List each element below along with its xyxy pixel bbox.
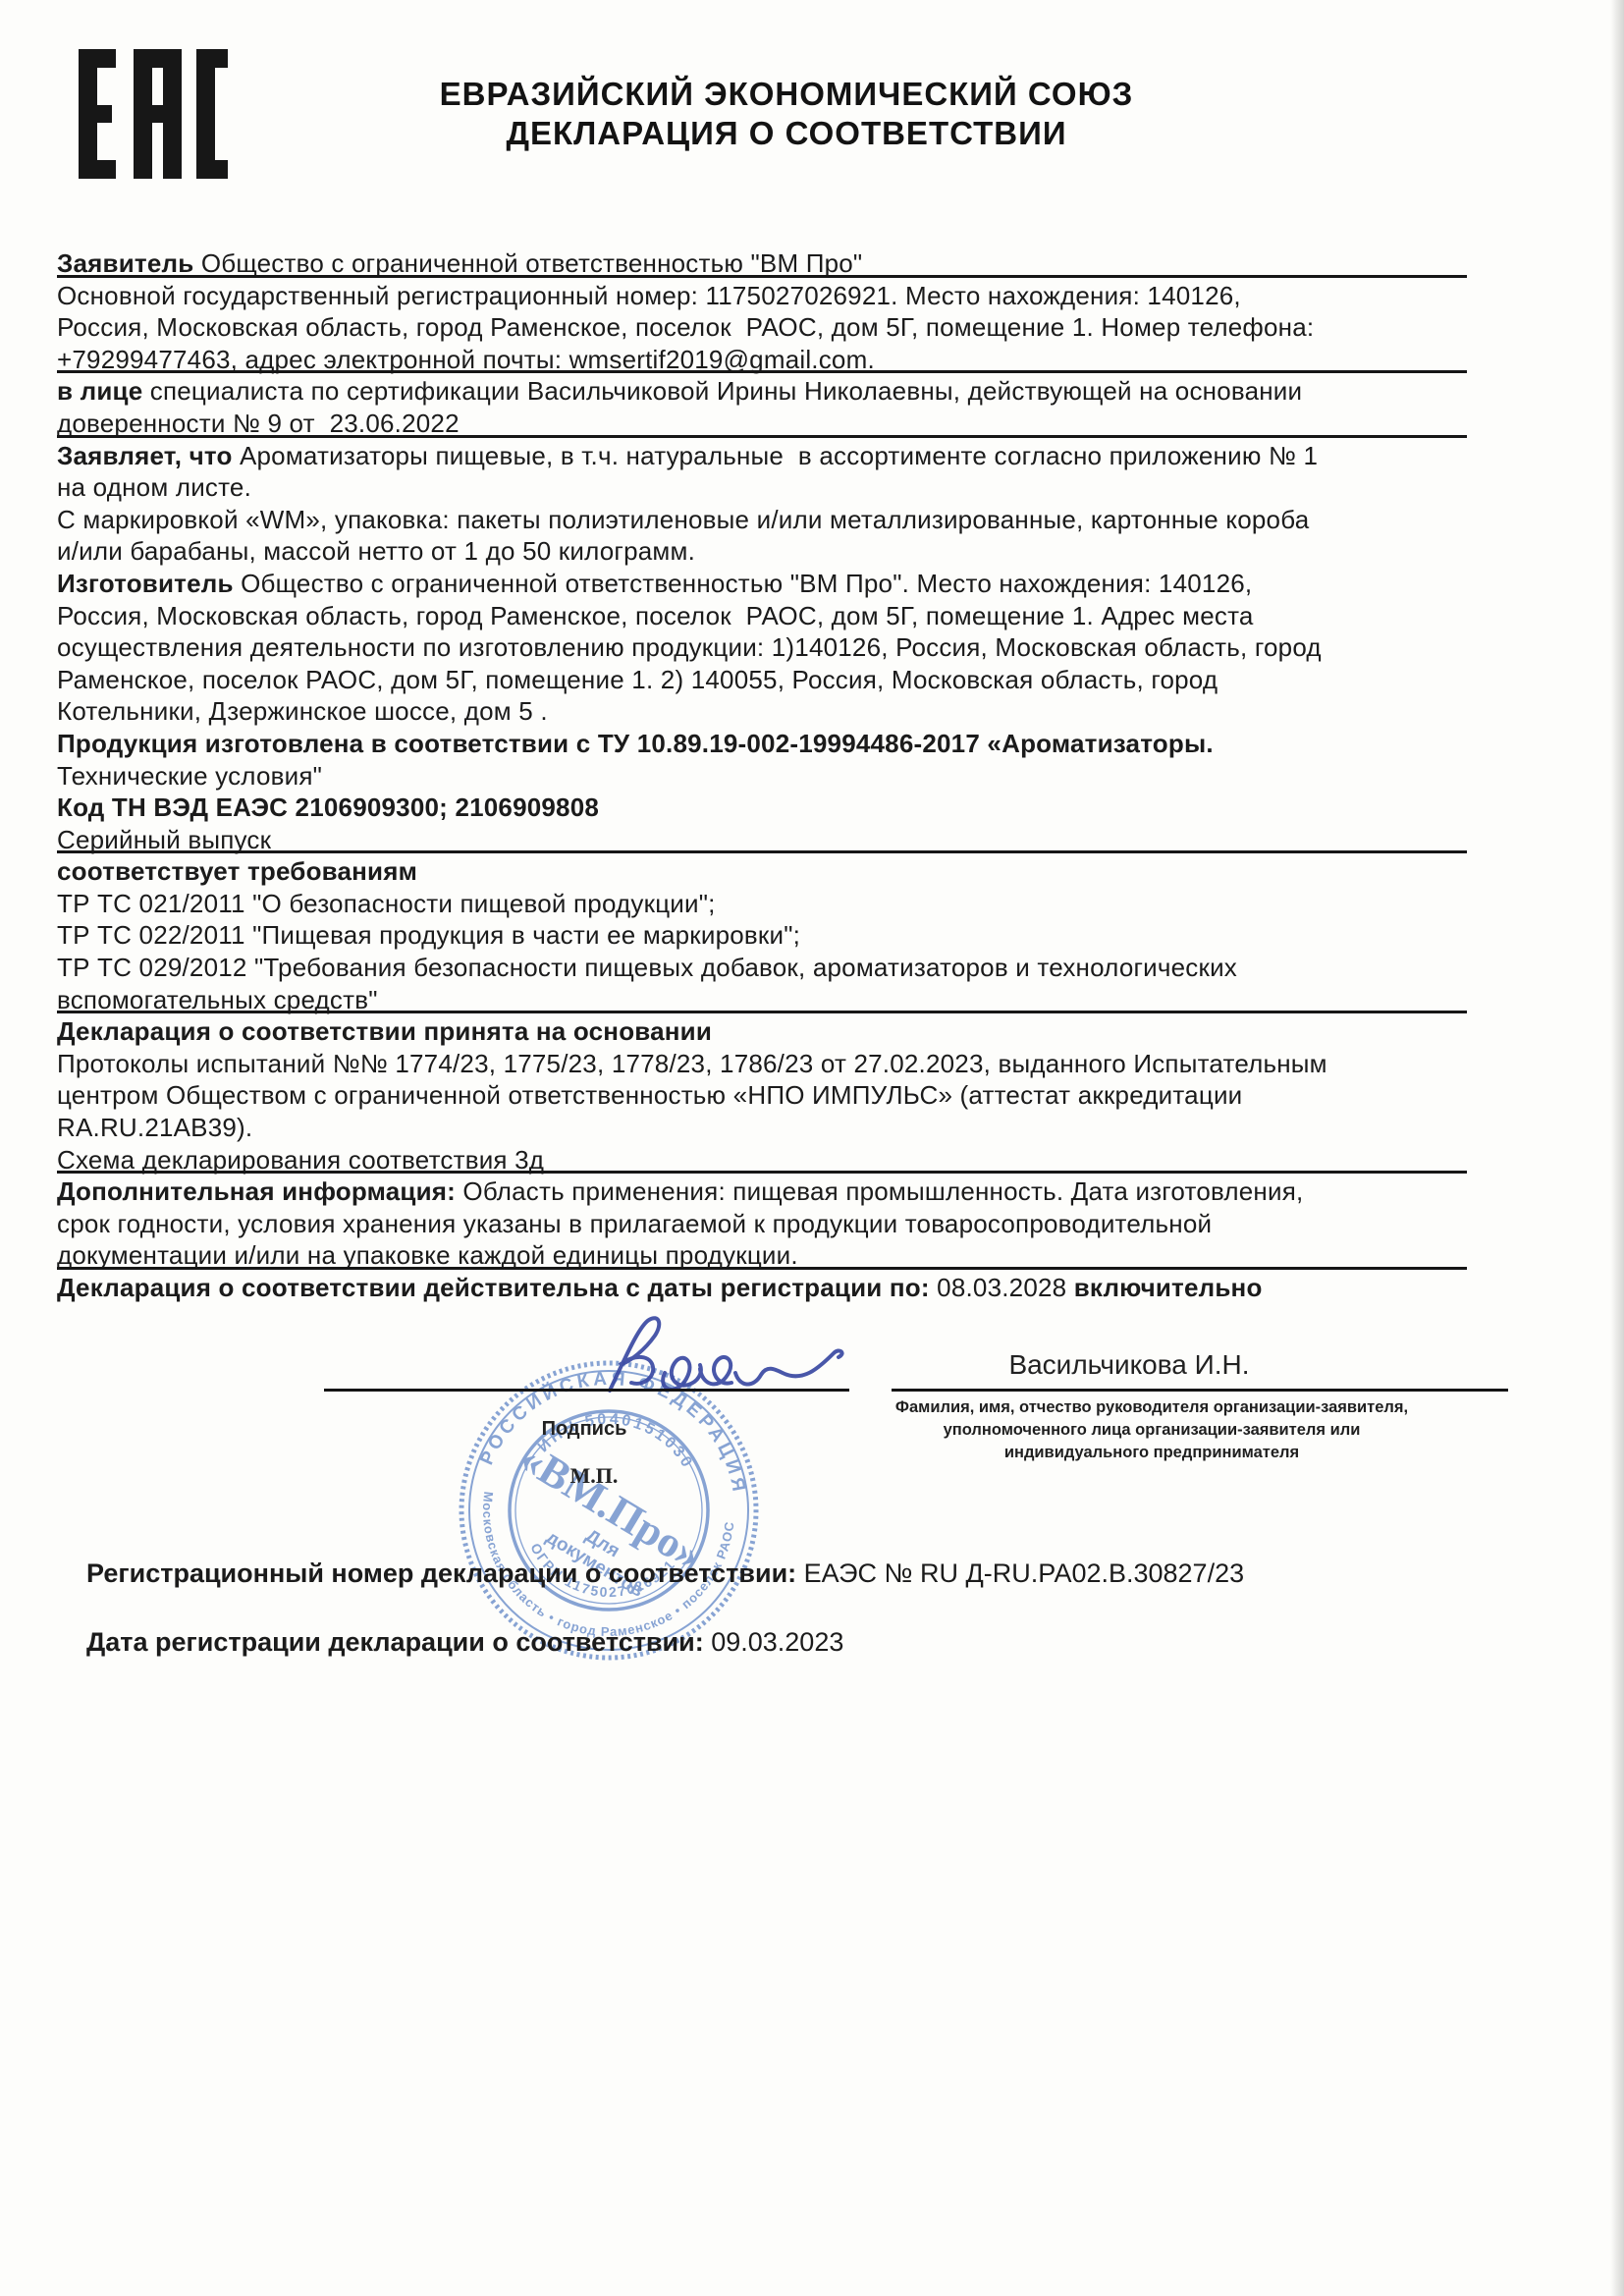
- document-line: Дополнительная информация: Область приме…: [57, 1175, 1467, 1208]
- document-line-label: Заявитель: [57, 248, 201, 278]
- document-line-text: ТР ТС 022/2011 "Пищевая продукция в част…: [57, 920, 800, 950]
- document-line-text: RA.RU.21АВ39).: [57, 1113, 252, 1142]
- document-line-text: вспомогательных средств": [57, 985, 378, 1014]
- document-line: документации и/или на упаковке каждой ед…: [57, 1239, 1467, 1272]
- signature-rule-right: [892, 1389, 1508, 1392]
- document-line-label: Заявляет, что: [57, 441, 240, 470]
- document-line-text: Общество с ограниченной ответственностью…: [201, 248, 863, 278]
- registration-date-line: Дата регистрации декларации о соответств…: [57, 1597, 843, 1688]
- document-line: Заявляет, что Ароматизаторы пищевые, в т…: [57, 440, 1467, 472]
- document-line-text: специалиста по сертификации Васильчиково…: [150, 376, 1302, 406]
- document-line-text: Котельники, Дзержинское шоссе, дом 5 .: [57, 696, 548, 726]
- document-line: Россия, Московская область, город Раменс…: [57, 600, 1467, 632]
- document-line: доверенности № 9 от 23.06.2022: [57, 408, 1467, 440]
- document-line-text: Область применения: пищевая промышленнос…: [462, 1176, 1303, 1206]
- handwritten-signature: [574, 1312, 859, 1396]
- registration-number-label: Регистрационный номер декларации о соотв…: [86, 1558, 804, 1588]
- document-line-text: на одном листе.: [57, 472, 251, 502]
- document-line-label: Продукция изготовлена в соответствии с: [57, 729, 598, 758]
- document-body: Заявитель Общество с ограниченной ответс…: [57, 247, 1467, 1304]
- document-page: ЕВРАЗИЙСКИЙ ЭКОНОМИЧЕСКИЙ СОЮЗ ДЕКЛАРАЦИ…: [0, 0, 1624, 2296]
- document-line: осуществления деятельности по изготовлен…: [57, 631, 1467, 664]
- document-title: ЕВРАЗИЙСКИЙ ЭКОНОМИЧЕСКИЙ СОЮЗ ДЕКЛАРАЦИ…: [145, 75, 1428, 153]
- document-line-text: центром Обществом с ограниченной ответст…: [57, 1080, 1242, 1110]
- document-line: Серийный выпуск: [57, 824, 1467, 856]
- document-line: вспомогательных средств": [57, 984, 1467, 1016]
- document-line: Россия, Московская область, город Раменс…: [57, 311, 1467, 344]
- document-line: соответствует требованиям: [57, 855, 1467, 888]
- document-line: Декларация о соответствии принята на осн…: [57, 1015, 1467, 1048]
- signature-label: Подпись: [511, 1418, 658, 1441]
- signer-name: Васильчикова И.Н.: [844, 1349, 1414, 1381]
- document-line-label: в лице: [57, 376, 150, 406]
- document-line: и/или барабаны, массой нетто от 1 до 50 …: [57, 535, 1467, 568]
- document-line: Протоколы испытаний №№ 1774/23, 1775/23,…: [57, 1048, 1467, 1080]
- stamp-place-label: М.П.: [550, 1463, 638, 1489]
- document-line-text: Схема декларирования соответствия 3д: [57, 1145, 544, 1175]
- title-line-1: ЕВРАЗИЙСКИЙ ЭКОНОМИЧЕСКИЙ СОЮЗ: [145, 75, 1428, 114]
- document-line-text: С маркировкой «WM», упаковка: пакеты пол…: [57, 505, 1309, 534]
- document-line-label: Декларация о соответствии принята на осн…: [57, 1016, 712, 1046]
- document-line: ТР ТС 021/2011 "О безопасности пищевой п…: [57, 888, 1467, 920]
- scan-edge-shadow: [1610, 0, 1624, 2296]
- document-line-label: соответствует требованиям: [57, 856, 417, 886]
- document-line-text: Россия, Московская область, город Раменс…: [57, 312, 1314, 342]
- document-line: Основной государственный регистрационный…: [57, 280, 1467, 312]
- document-line: С маркировкой «WM», упаковка: пакеты пол…: [57, 504, 1467, 536]
- document-line-text: Раменское, поселок РАОС, дом 5Г, помещен…: [57, 665, 1218, 694]
- document-line: на одном листе.: [57, 471, 1467, 504]
- document-line: центром Обществом с ограниченной ответст…: [57, 1079, 1467, 1112]
- signer-caption-line: Фамилия, имя, отчество руководителя орга…: [874, 1396, 1430, 1419]
- document-line-text: доверенности № 9 от 23.06.2022: [57, 409, 460, 438]
- document-line: ТР ТС 029/2012 "Требования безопасности …: [57, 952, 1467, 984]
- document-line-label: Декларация о соответствии действительна …: [57, 1273, 937, 1302]
- document-line-text: срок годности, условия хранения указаны …: [57, 1209, 1212, 1238]
- document-line-text: осуществления деятельности по изготовлен…: [57, 632, 1322, 662]
- document-line-text: Россия, Московская область, город Раменс…: [57, 601, 1254, 630]
- document-line-text: и/или барабаны, массой нетто от 1 до 50 …: [57, 536, 695, 566]
- title-line-2: ДЕКЛАРАЦИЯ О СООТВЕТСТВИИ: [145, 114, 1428, 153]
- document-line-text: Общество с ограниченной ответственностью…: [241, 569, 1252, 598]
- document-line-label: Код ТН ВЭД ЕАЭС 2106909300; 2106909808: [57, 793, 599, 822]
- signature-rule-left: [324, 1389, 849, 1392]
- document-line-text: ТР ТС 029/2012 "Требования безопасности …: [57, 953, 1237, 982]
- document-line: RA.RU.21АВ39).: [57, 1112, 1467, 1144]
- signer-caption: Фамилия, имя, отчество руководителя орга…: [874, 1396, 1430, 1464]
- document-line: Код ТН ВЭД ЕАЭС 2106909300; 2106909808: [57, 792, 1467, 824]
- document-line: Изготовитель Общество с ограниченной отв…: [57, 568, 1467, 600]
- document-line-text: Основной государственный регистрационный…: [57, 281, 1241, 310]
- document-line-text: 08.03.2028: [937, 1273, 1074, 1302]
- document-line: ТР ТС 022/2011 "Пищевая продукция в част…: [57, 919, 1467, 952]
- document-line-text: Серийный выпуск: [57, 825, 271, 854]
- document-line: в лице специалиста по сертификации Васил…: [57, 375, 1467, 408]
- document-line: Схема декларирования соответствия 3д: [57, 1144, 1467, 1176]
- document-line: Декларация о соответствии действительна …: [57, 1272, 1467, 1304]
- document-line: Продукция изготовлена в соответствии с Т…: [57, 728, 1467, 760]
- document-line-text: документации и/или на упаковке каждой ед…: [57, 1240, 798, 1270]
- document-line-label: Изготовитель: [57, 569, 241, 598]
- document-line-label: ТУ 10.89.19-002-19994486-2017 «Ароматиза…: [598, 729, 1214, 758]
- registration-number-value: ЕАЭС № RU Д-RU.РА02.В.30827/23: [804, 1558, 1244, 1588]
- document-line: Технические условия": [57, 760, 1467, 793]
- document-line: Раменское, поселок РАОС, дом 5Г, помещен…: [57, 664, 1467, 696]
- signer-caption-line: индивидуального предпринимателя: [874, 1442, 1430, 1464]
- registration-date-value: 09.03.2023: [711, 1627, 843, 1657]
- document-line-text: ТР ТС 021/2011 "О безопасности пищевой п…: [57, 889, 716, 918]
- document-line: +79299477463, адрес электронной почты: w…: [57, 344, 1467, 376]
- document-line: Котельники, Дзержинское шоссе, дом 5 .: [57, 695, 1467, 728]
- document-line-label: включительно: [1074, 1273, 1263, 1302]
- registration-date-label: Дата регистрации декларации о соответств…: [86, 1627, 711, 1657]
- document-line-text: Ароматизаторы пищевые, в т.ч. натуральны…: [240, 441, 1318, 470]
- document-line-text: Технические условия": [57, 761, 322, 791]
- document-line: срок годности, условия хранения указаны …: [57, 1208, 1467, 1240]
- document-line-text: +79299477463, адрес электронной почты: w…: [57, 345, 875, 374]
- signer-caption-line: уполномоченного лица организации-заявите…: [874, 1419, 1430, 1442]
- document-line-label: Дополнительная информация:: [57, 1176, 462, 1206]
- document-line: Заявитель Общество с ограниченной ответс…: [57, 247, 1467, 280]
- document-line-text: Протоколы испытаний №№ 1774/23, 1775/23,…: [57, 1049, 1327, 1078]
